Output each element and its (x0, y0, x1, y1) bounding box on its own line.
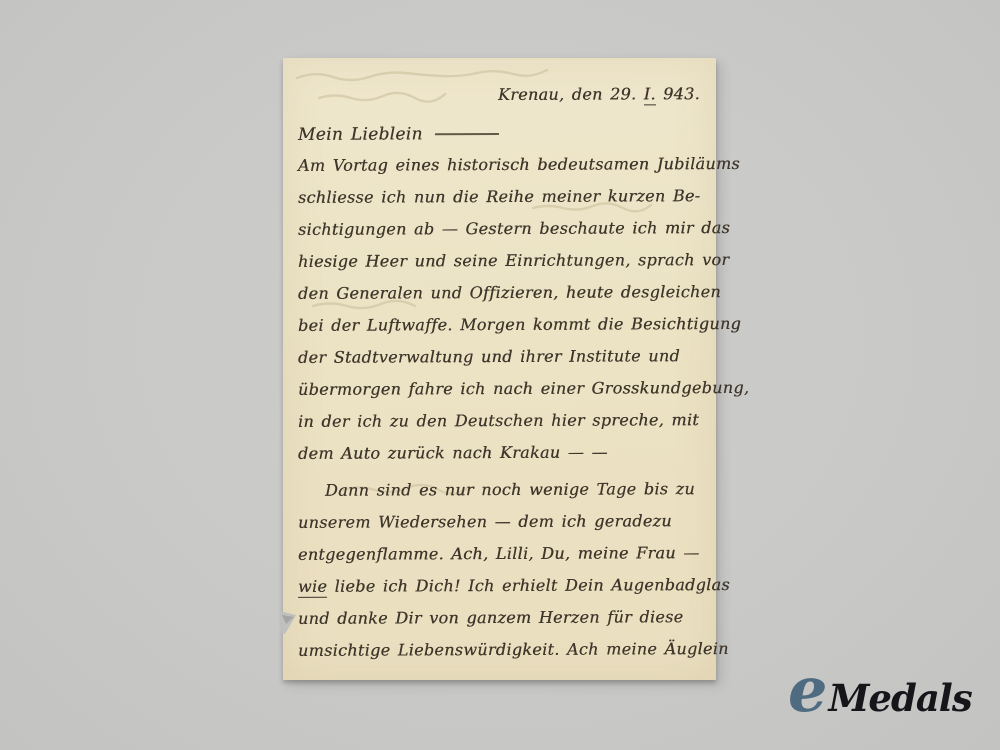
handwritten-line: umsichtige Liebenswürdigkeit. Ach meine … (298, 639, 704, 667)
handwritten-line: den Generalen und Offizieren, heute desg… (298, 282, 704, 310)
handwritten-line: hiesige Heer und seine Einrichtungen, sp… (298, 250, 704, 278)
handwritten-line: wie liebe ich Dich! Ich erhielt Dein Aug… (298, 575, 704, 603)
handwritten-line: in der ich zu den Deutschen hier spreche… (298, 410, 704, 438)
handwritten-line: übermorgen fahre ich nach einer Grosskun… (298, 378, 704, 406)
salutation-dash (435, 133, 499, 135)
photo-background: Krenau, den 29. I. 943. Mein Lieblein Am… (0, 0, 1000, 750)
dateline-year: 943. (656, 84, 700, 103)
dateline-month: I. (644, 84, 656, 105)
handwritten-line: bei der Luftwaffe. Morgen kommt die Besi… (298, 314, 704, 342)
watermark-wordmark: Medals (828, 676, 971, 720)
handwritten-line: schliesse ich nun die Reihe meiner kurze… (298, 186, 704, 214)
emedals-watermark: e Medals (788, 668, 972, 720)
dateline: Krenau, den 29. I. 943. (298, 84, 704, 112)
watermark-e: e (788, 668, 827, 712)
handwritten-line: unserem Wiedersehen — dem ich geradezu (298, 511, 704, 539)
letter-sheet: Krenau, den 29. I. 943. Mein Lieblein Am… (283, 58, 716, 680)
handwritten-line: Dann sind es nur noch wenige Tage bis zu (298, 479, 704, 507)
salutation: Mein Lieblein (298, 123, 704, 151)
handwritten-line: dem Auto zurück nach Krakau — — (298, 442, 704, 470)
handwritten-line: Am Vortag eines historisch bedeutsamen J… (298, 154, 704, 182)
handwritten-line: entgegenflamme. Ach, Lilli, Du, meine Fr… (298, 543, 704, 571)
handwritten-line: sichtigungen ab — Gestern beschaute ich … (298, 218, 704, 246)
dateline-place: Krenau, den 29. (498, 84, 644, 104)
underlined-word: wie (298, 577, 327, 598)
handwritten-line: und danke Dir von ganzem Herzen für dies… (298, 607, 704, 635)
handwritten-line: der Stadtverwaltung und ihrer Institute … (298, 346, 704, 374)
